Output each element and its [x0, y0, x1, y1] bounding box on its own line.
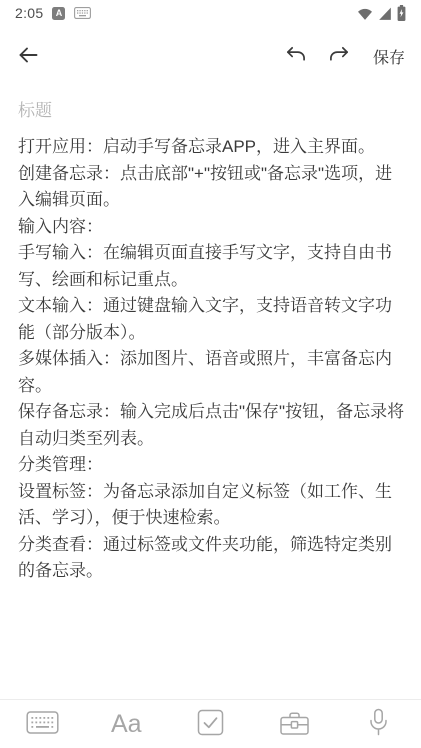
editor-toolbar: 保存 — [0, 32, 421, 80]
voice-input-button[interactable] — [337, 700, 421, 748]
undo-button[interactable] — [285, 46, 306, 67]
checkbox-icon — [197, 709, 224, 739]
status-bar-left: 2:05 A — [15, 5, 91, 21]
back-button[interactable] — [16, 43, 40, 70]
title-input[interactable]: 标题 — [18, 94, 403, 122]
cellular-signal-icon — [378, 7, 392, 20]
status-bar: 2:05 A — [0, 0, 421, 26]
tools-button[interactable] — [253, 700, 337, 748]
status-bar-right — [357, 5, 406, 21]
note-paragraph: 分类查看：通过标签或文件夹功能，筛选特定类别的备忘录。 — [18, 532, 406, 585]
battery-charging-icon — [397, 5, 406, 21]
keyboard-button[interactable] — [0, 700, 84, 748]
memo-editor-screen: 2:05 A — [0, 0, 421, 748]
note-paragraph: 打开应用：启动手写备忘录APP，进入主界面。 — [18, 134, 406, 161]
note-paragraph: 多媒体插入：添加图片、语音或照片，丰富备忘内容。 — [18, 346, 406, 399]
checklist-button[interactable] — [168, 700, 252, 748]
status-time: 2:05 — [15, 5, 43, 21]
microphone-icon — [366, 708, 391, 740]
note-paragraph: 设置标签：为备忘录添加自定义标签（如工作、生活、学习），便于快速检索。 — [18, 479, 406, 532]
save-button[interactable]: 保存 — [373, 45, 405, 68]
wifi-icon — [357, 7, 373, 20]
redo-icon — [329, 46, 350, 67]
note-paragraph: 手写输入：在编辑页面直接手写文字，支持自由书写、绘画和标记重点。 — [18, 240, 406, 293]
undo-icon — [285, 46, 306, 67]
note-paragraph: 分类管理： — [18, 452, 406, 479]
briefcase-icon — [279, 709, 310, 739]
arrow-left-icon — [16, 43, 40, 70]
note-paragraph: 保存备忘录：输入完成后点击"保存"按钮，备忘录将自动归类至列表。 — [18, 399, 406, 452]
input-method-a-icon: A — [52, 7, 65, 20]
keyboard-icon — [26, 710, 59, 738]
note-body[interactable]: 打开应用：启动手写备忘录APP，进入主界面。 创建备忘录：点击底部"+"按钮或"… — [18, 134, 406, 688]
redo-button[interactable] — [329, 46, 350, 67]
toolbar-actions: 保存 — [285, 45, 405, 68]
bottom-toolbar: Aa — [0, 699, 421, 748]
text-format-icon: Aa — [111, 712, 142, 737]
keyboard-status-icon — [74, 7, 91, 19]
title-placeholder: 标题 — [18, 96, 52, 121]
text-format-button[interactable]: Aa — [84, 700, 168, 748]
note-paragraph: 文本输入：通过键盘输入文字，支持语音转文字功能（部分版本）。 — [18, 293, 406, 346]
note-paragraph: 输入内容： — [18, 214, 406, 241]
note-paragraph: 创建备忘录：点击底部"+"按钮或"备忘录"选项，进入编辑页面。 — [18, 161, 406, 214]
